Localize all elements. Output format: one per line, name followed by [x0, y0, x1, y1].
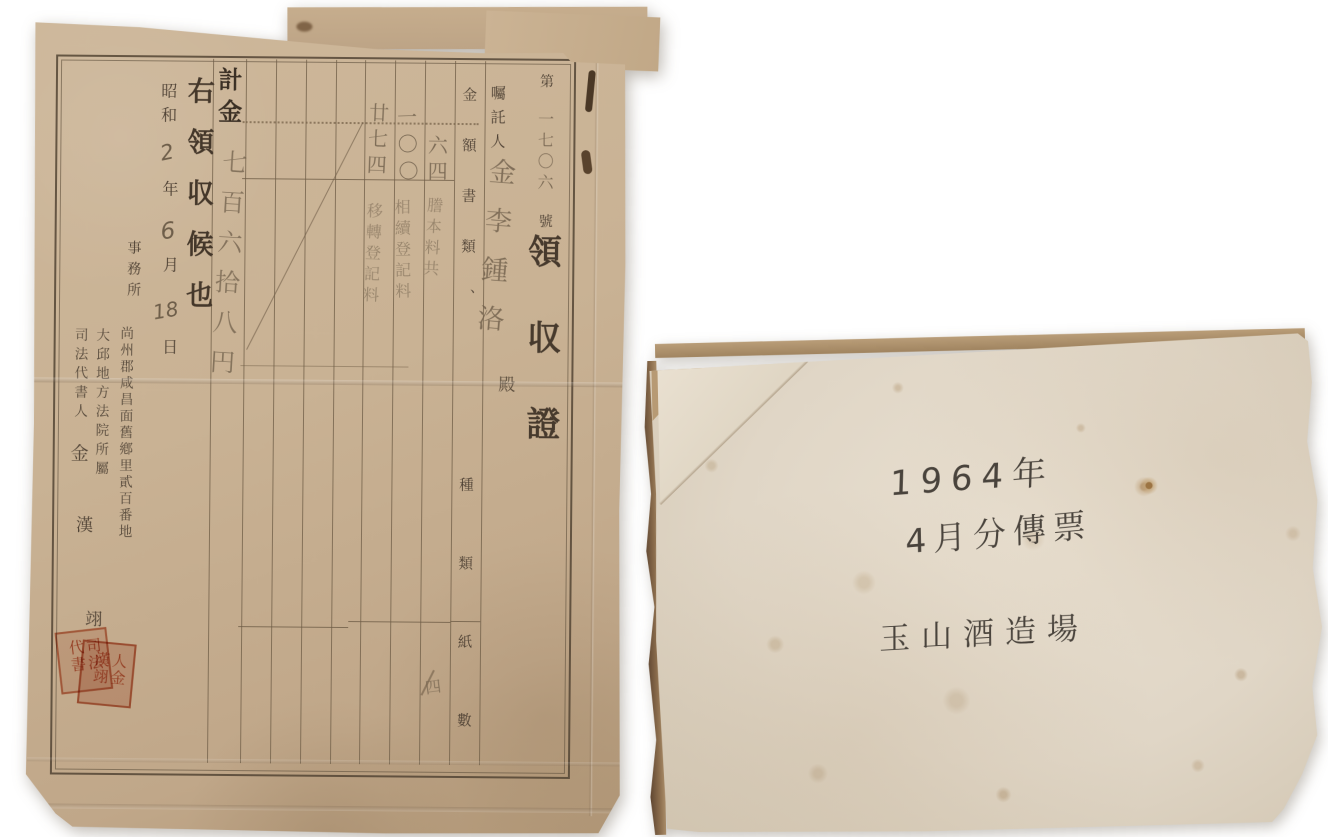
month-unit: 月 — [160, 256, 176, 272]
photo-stage: 第 一七〇六 號 領収證 囑託人 金李鍾洛 殿 金額書類、 種類紙數 — [0, 0, 1328, 837]
horizontal-fold-crease — [27, 803, 621, 813]
voucher-cover: 1964年 4月分傳票 玉山酒造場 — [649, 333, 1327, 837]
handwritten-amount: 六四 — [426, 135, 446, 187]
scrivener-given-name-1: 漢 — [74, 516, 91, 533]
consignor-label: 囑託人 — [488, 85, 504, 157]
cover-year-handwritten: 1964年 — [889, 444, 1056, 505]
document-title: 領収證 — [521, 234, 557, 492]
year-unit: 年 — [160, 180, 176, 196]
foxing-spot — [1140, 476, 1158, 494]
office-label: 事務所 — [125, 240, 140, 303]
serial-number-handwritten: 一七〇六 — [535, 111, 555, 195]
paper-tear-mark — [581, 150, 593, 175]
total-label: 計金 — [215, 67, 240, 131]
date-month-handwritten: 6 — [159, 218, 176, 245]
cover-month-voucher-handwritten: 4月分傳票 — [905, 499, 1093, 563]
court-affiliation: 大邱地方法院所屬 — [93, 328, 108, 480]
serial-prefix: 第 — [538, 74, 553, 92]
handwritten-amount: 一〇〇 — [395, 106, 417, 187]
day-unit: 日 — [160, 338, 176, 354]
paper-stain — [296, 22, 312, 32]
handwritten-entry: 相續登記料 — [393, 198, 410, 303]
receipt-document: 第 一七〇六 號 領収證 囑託人 金李鍾洛 殿 金額書類、 種類紙數 — [0, 0, 687, 837]
receipt-paper: 第 一七〇六 號 領収證 囑託人 金李鍾洛 殿 金額書類、 種類紙數 — [24, 15, 629, 836]
red-seal-stamp: 人金漢翊 — [77, 639, 137, 708]
cover-company-handwritten: 玉山酒造場 — [879, 602, 1089, 659]
serial-number-column: 第 一七〇六 號 — [536, 74, 553, 232]
handwritten-entry: 謄本料共 — [421, 196, 442, 281]
scrivener-title: 司法代書人 — [72, 328, 88, 423]
voucher-booklet: 1964年 4月分傳票 玉山酒造場 — [639, 321, 1328, 837]
office-address: 尚州郡咸昌面舊鄕里貳百番地 — [117, 326, 132, 541]
seal-text: 人金漢翊 — [87, 650, 127, 697]
scrivener-title-column: 司法代書人 金 — [70, 328, 89, 462]
scrivener-given-name-2: 翊 — [83, 610, 100, 627]
era-label: 昭和 — [159, 82, 175, 130]
serial-suffix: 號 — [537, 214, 552, 232]
handwritten-amount: 廿七四 — [365, 102, 388, 181]
date-day-handwritten: 18 — [151, 297, 180, 325]
receipt-statement: 右領収候也 — [183, 77, 212, 332]
scrivener-surname: 金 — [69, 443, 89, 461]
folded-corner — [649, 343, 843, 517]
handwritten-entry: 移轉登記料 — [361, 202, 382, 308]
